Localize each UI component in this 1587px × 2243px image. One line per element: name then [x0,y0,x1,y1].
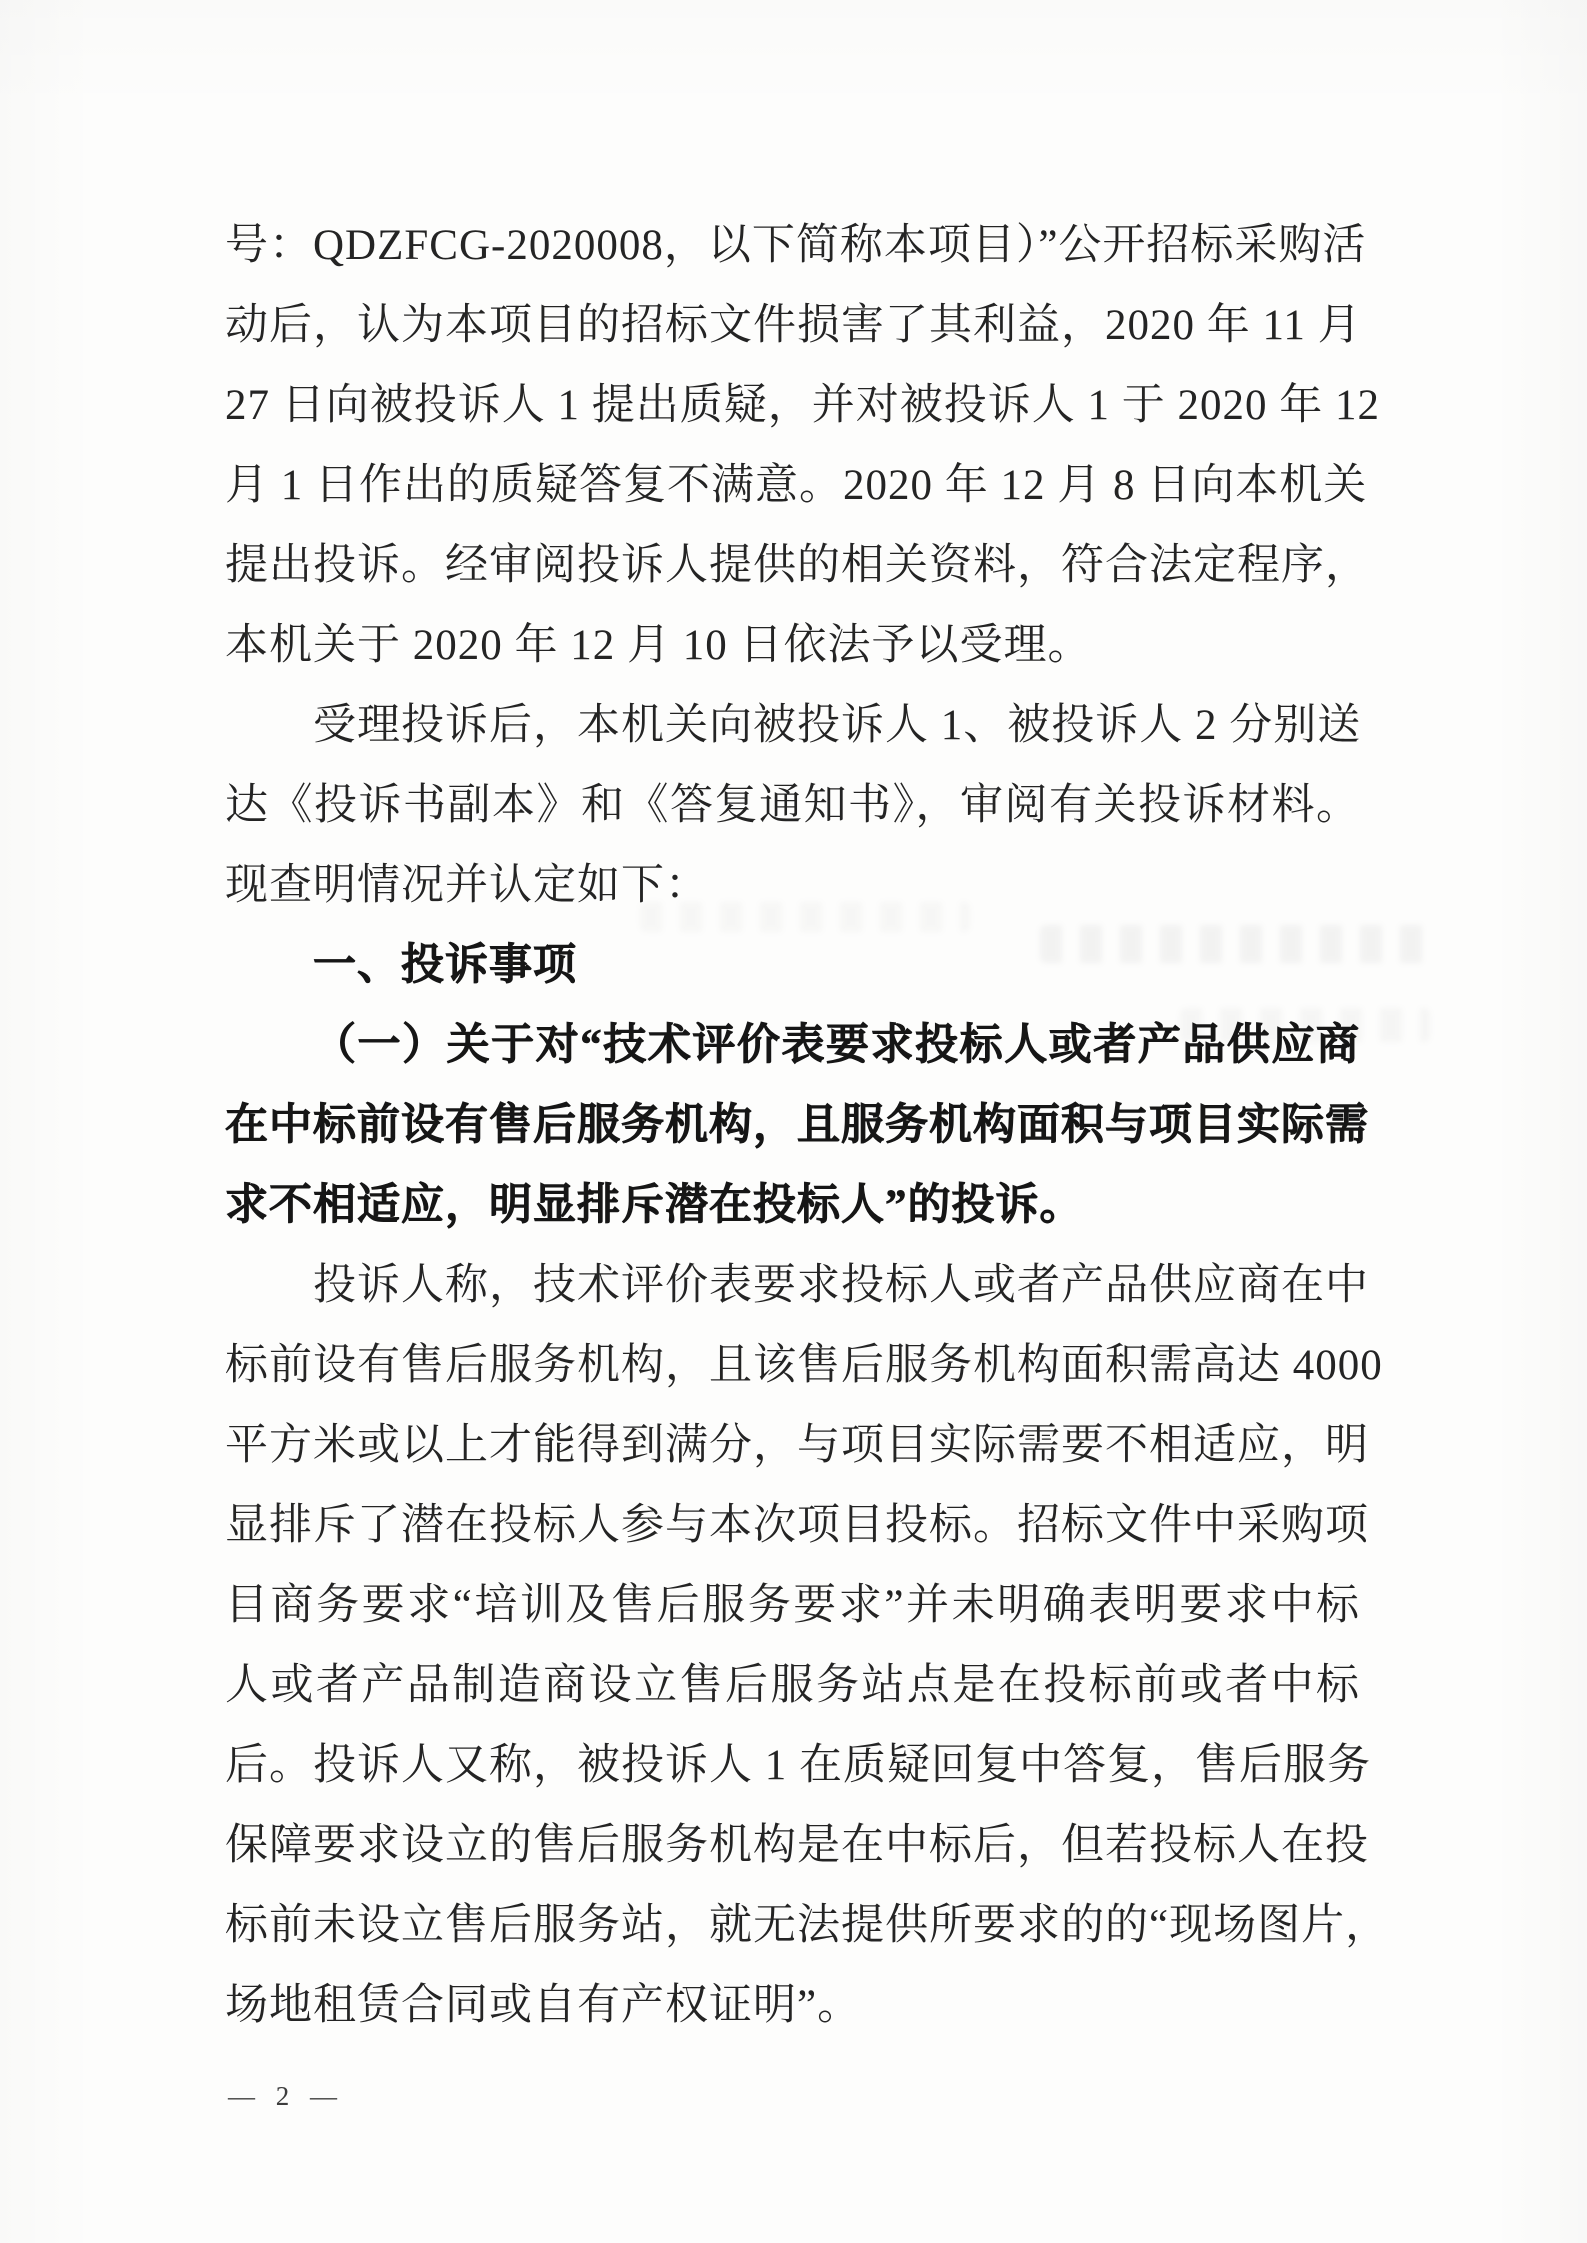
page-number: — 2 — [228,2078,344,2114]
text-line-3: 27 日向被投诉人 1 提出质疑，并对被投诉人 1 于 2020 年 12 [225,366,1360,446]
text-line-5: 提出投诉。经审阅投诉人提供的相关资料，符合法定程序， [225,526,1360,606]
text-line-6: 本机关于 2020 年 12 月 10 日依法予以受理。 [225,606,1360,686]
text-line-16: 平方米或以上才能得到满分，与项目实际需要不相适应，明 [225,1406,1360,1486]
text-line-7: 受理投诉后，本机关向被投诉人 1、被投诉人 2 分别送 [225,686,1360,766]
text-line-2: 动后，认为本项目的招标文件损害了其利益，2020 年 11 月 [225,286,1360,366]
text-line-21: 保障要求设立的售后服务机构是在中标后，但若投标人在投 [225,1806,1360,1886]
text-line-14: 投诉人称，技术评价表要求投标人或者产品供应商在中 [225,1246,1360,1326]
text-line-4: 月 1 日作出的质疑答复不满意。2020 年 12 月 8 日向本机关 [225,446,1360,526]
text-line-17: 显排斥了潜在投标人参与本次项目投标。招标文件中采购项 [225,1486,1360,1566]
scanned-document-page: 号：QDZFCG-2020008，以下简称本项目）”公开招标采购活 动后，认为本… [0,0,1587,2243]
subsection-heading-line-2: 在中标前设有售后服务机构，且服务机构面积与项目实际需 [225,1086,1360,1166]
text-line-15: 标前设有售后服务机构，且该售后服务机构面积需高达 4000 [225,1326,1360,1406]
text-line-20: 后。投诉人又称，被投诉人 1 在质疑回复中答复，售后服务 [225,1726,1360,1806]
section-heading-1: 一、投诉事项 [225,926,1360,1006]
text-line-19: 人或者产品制造商设立售后服务站点是在投标前或者中标 [225,1646,1360,1726]
text-line-1: 号：QDZFCG-2020008，以下简称本项目）”公开招标采购活 [225,206,1360,286]
subsection-heading-line-3: 求不相适应，明显排斥潜在投标人”的投诉。 [225,1166,1360,1246]
text-line-18: 目商务要求“培训及售后服务要求”并未明确表明要求中标 [225,1566,1360,1646]
subsection-heading-line-1: （一）关于对“技术评价表要求投标人或者产品供应商 [225,1006,1360,1086]
text-line-8: 达《投诉书副本》和《答复通知书》，审阅有关投诉材料。 [225,766,1360,846]
text-line-22: 标前未设立售后服务站，就无法提供所要求的的“现场图片， [225,1886,1360,1966]
text-line-9: 现查明情况并认定如下： [225,846,1360,926]
text-line-23: 场地租赁合同或自有产权证明”。 [225,1966,1360,2046]
document-body: 号：QDZFCG-2020008，以下简称本项目）”公开招标采购活 动后，认为本… [225,206,1360,2046]
